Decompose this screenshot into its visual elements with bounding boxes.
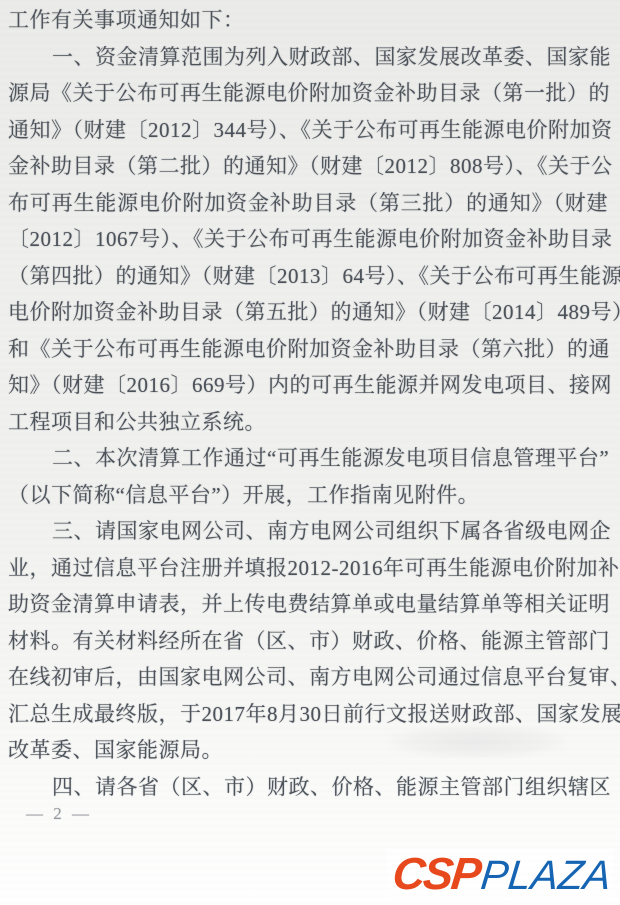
text-line: 材料。有关材料经所在省（区、市）财政、价格、能源主管部门 xyxy=(8,623,608,660)
logo-plaza-text: PLAZA xyxy=(479,855,613,896)
text-line: 源局《关于公布可再生能源电价附加资金补助目录（第一批）的 xyxy=(8,75,608,112)
text-line: 汇总生成最终版，于2017年8月30日前行文报送财政部、国家发展 xyxy=(8,696,608,733)
scanned-document-page: 工作有关事项通知如下： 一、资金清算范围为列入财政部、国家发展改革委、国家能 源… xyxy=(0,0,620,905)
text-line: 工作有关事项通知如下： xyxy=(8,2,608,39)
text-line: 一、资金清算范围为列入财政部、国家发展改革委、国家能 xyxy=(8,39,608,76)
logo-csp-text: CSP xyxy=(390,851,481,896)
text-line: 布可再生能源电价附加资金补助目录（第三批）的通知》（财建 xyxy=(8,185,608,222)
text-line: 在线初审后，由国家电网公司、南方电网公司通过信息平台复审、 xyxy=(8,659,608,696)
text-line: 和《关于公布可再生能源电价附加资金补助目录（第六批）的通 xyxy=(8,331,608,368)
text-line: 二、本次清算工作通过“可再生能源发电项目信息管理平台” xyxy=(8,440,608,477)
text-line: 〔2012〕1067号）、《关于公布可再生能源电价附加资金补助目录 xyxy=(8,221,608,258)
document-body: 工作有关事项通知如下： 一、资金清算范围为列入财政部、国家发展改革委、国家能 源… xyxy=(8,2,608,805)
text-line: （第四批）的通知》（财建〔2013〕64号）、《关于公布可再生能源 xyxy=(8,258,608,295)
text-line: 四、请各省（区、市）财政、价格、能源主管部门组织辖区 xyxy=(8,769,608,806)
text-line: 通知》（财建〔2012〕344号）、《关于公布可再生能源电价附加资 xyxy=(8,112,608,149)
text-line: 改革委、国家能源局。 xyxy=(8,732,608,769)
text-line: 业，通过信息平台注册并填报2012-2016年可再生能源电价附加补 xyxy=(8,550,608,587)
text-line: 电价附加资金补助目录（第五批）的通知》（财建〔2014〕489号） xyxy=(8,294,608,331)
text-line: 工程项目和公共独立系统。 xyxy=(8,404,608,441)
csp-plaza-logo: CSP PLAZA xyxy=(387,849,613,900)
text-line: 金补助目录（第二批）的通知》（财建〔2012〕808号）、《关于公 xyxy=(8,148,608,185)
page-number: — 2 — xyxy=(26,804,92,824)
text-line: 三、请国家电网公司、南方电网公司组织下属各省级电网企 xyxy=(8,513,608,550)
text-line: 知》（财建〔2016〕669号）内的可再生能源并网发电项目、接网 xyxy=(8,367,608,404)
text-line: 助资金清算申请表，并上传电费结算单或电量结算单等相关证明 xyxy=(8,586,608,623)
text-line: （以下简称“信息平台”）开展，工作指南见附件。 xyxy=(8,477,608,514)
